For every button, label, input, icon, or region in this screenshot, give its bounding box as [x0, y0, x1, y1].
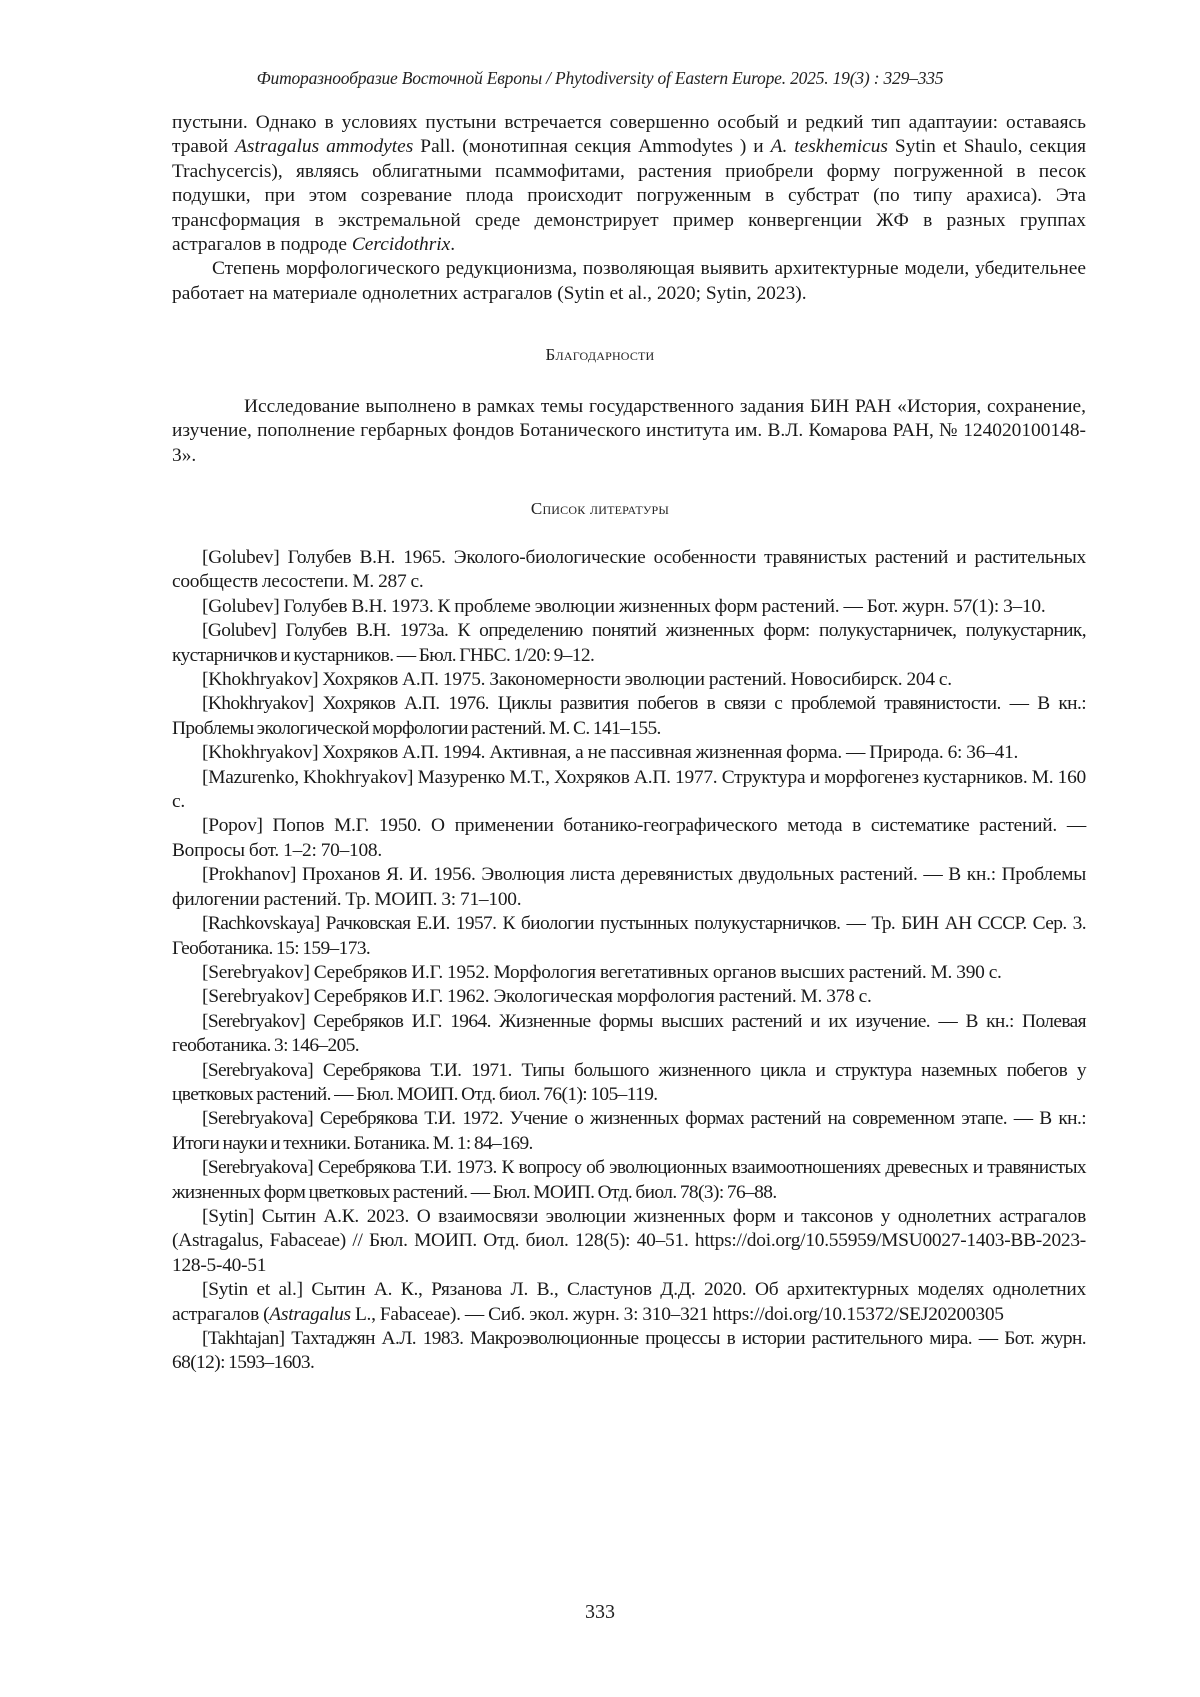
reference-item: [Mazurenko, Khokhryakov] Мазуренко М.Т.,…: [172, 766, 1086, 815]
text-run: Pall. (монотипная секция Ammodytes ) и: [413, 136, 770, 157]
reference-item: [Serebryakov] Серебряков И.Г. 1962. Экол…: [172, 985, 1086, 1009]
reference-item: [Serebryakova] Серебрякова Т.И. 1972. Уч…: [172, 1107, 1086, 1156]
reference-item: [Sytin] Сытин А.К. 2023. О взаимосвязи э…: [172, 1205, 1086, 1278]
intro-paragraph-2: Степень морфологического редукционизма, …: [172, 257, 1086, 306]
reference-item: [Prokhanov] Проханов Я. И. 1956. Эволюци…: [172, 863, 1086, 912]
acknowledgments-heading: Благодарности: [0, 345, 1200, 365]
reference-item: [Golubev] Голубев В.Н. 1965. Эколого-био…: [172, 546, 1086, 595]
references-list: [Golubev] Голубев В.Н. 1965. Эколого-био…: [172, 546, 1086, 1376]
species-name: A. teskhemicus: [771, 136, 888, 157]
reference-item: [Golubev] Голубев В.Н. 1973а. К определе…: [172, 619, 1086, 668]
reference-item: [Popov] Попов М.Г. 1950. О применении бо…: [172, 814, 1086, 863]
reference-item: [Serebryakova] Серебрякова Т.И. 1973. К …: [172, 1156, 1086, 1205]
reference-item: [Takhtajan] Тахтаджян А.Л. 1983. Макроэв…: [172, 1327, 1086, 1376]
reference-item: [Golubev] Голубев В.Н. 1973. К проблеме …: [172, 595, 1086, 619]
acknowledgments-text: Исследование выполнено в рамках темы гос…: [172, 395, 1086, 468]
genus-name: Astragalus: [269, 1304, 351, 1325]
reference-item: [Serebryakov] Серебряков И.Г. 1952. Морф…: [172, 961, 1086, 985]
subgenus-name: Cercidothrix: [352, 234, 450, 255]
reference-item: [Rachkovskaya] Рачковская Е.И. 1957. К б…: [172, 912, 1086, 961]
species-name: Astragalus ammodytes: [235, 136, 413, 157]
page-number: 333: [0, 1601, 1200, 1624]
reference-item: [Sytin et al.] Сытин А. К., Рязанова Л. …: [172, 1278, 1086, 1327]
running-header: Фиторазнообразие Восточной Европы / Phyt…: [0, 68, 1200, 89]
intro-section: пустыни. Однако в условиях пустыни встре…: [172, 111, 1086, 306]
reference-item: [Serebryakov] Серебряков И.Г. 1964. Жизн…: [172, 1010, 1086, 1059]
reference-item: [Khokhryakov] Хохряков А.П. 1994. Активн…: [172, 741, 1086, 765]
reference-item: [Serebryakova] Серебрякова Т.И. 1971. Ти…: [172, 1059, 1086, 1108]
reference-item: [Khokhryakov] Хохряков А.П. 1976. Циклы …: [172, 692, 1086, 741]
acknowledgments-section: Исследование выполнено в рамках темы гос…: [172, 395, 1086, 468]
reference-item: [Khokhryakov] Хохряков А.П. 1975. Законо…: [172, 668, 1086, 692]
references-heading: Список литературы: [0, 499, 1200, 519]
text-run: L., Fabaceae). — Сиб. экол. журн. 3: 310…: [351, 1304, 1004, 1325]
intro-paragraph-1: пустыни. Однако в условиях пустыни встре…: [172, 111, 1086, 257]
text-run: .: [450, 234, 455, 255]
